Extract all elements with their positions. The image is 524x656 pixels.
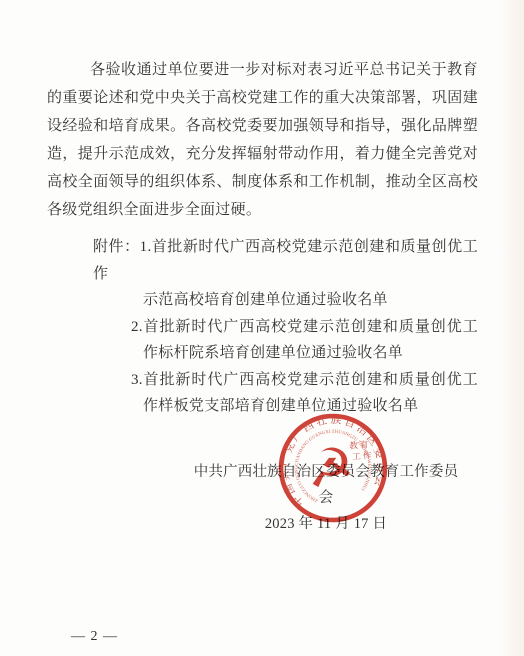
paragraph-line: 造，提升示范成效，充分发挥辐射带动作用，着力健全完善党对 — [47, 140, 478, 168]
paragraph-line: 的重要论述和党中央关于高校党建工作的重大决策部署，巩固建 — [47, 84, 478, 112]
paragraph-line: 设经验和培育成果。各高校党委要加强领导和指导，强化品牌塑 — [47, 112, 478, 140]
attachment-item-text: 1.首批新时代广西高校党建示范创建和质量创优工作 — [93, 239, 478, 282]
attachment-line: 作标杆院系培育创建单位通过验收名单 — [47, 340, 478, 367]
paragraph-line: 高校全面领导的组织体系、制度体系和工作机制，推动全区高校 — [47, 168, 478, 196]
attachment-line: 示范高校培育创建单位通过验收名单 — [47, 287, 478, 314]
page-number: — 2 — — [71, 629, 118, 645]
attachment-line: 附件：1.首批新时代广西高校党建示范创建和质量创优工作 — [47, 234, 478, 287]
document-page: 各验收通过单位要进一步对标对表习近平总书记关于教育 的重要论述和党中央关于高校党… — [0, 0, 524, 656]
attachment-line: 3.首批新时代广西高校党建示范创建和质量创优工 — [47, 367, 478, 394]
attachment-line: 2.首批新时代广西高校党建示范创建和质量创优工 — [47, 314, 478, 341]
attachments-label: 附件： — [93, 239, 140, 255]
paragraph-line: 各验收通过单位要进一步对标对表习近平总书记关于教育 — [47, 56, 478, 84]
official-seal: 中国共产党广西壮族自治区委员会 ZHONGGUO GONGCHANDANG GU… — [271, 406, 395, 530]
attachment-line: 作样板党支部培育创建单位通过验收名单 — [47, 393, 478, 420]
seal-inner-text-row2: 工 作 — [352, 449, 373, 462]
attachments-block: 附件：1.首批新时代广西高校党建示范创建和质量创优工作 示范高校培育创建单位通过… — [47, 234, 478, 420]
paragraph-line: 各级党组织全面进步全面过硬。 — [47, 196, 478, 224]
body-paragraph: 各验收通过单位要进一步对标对表习近平总书记关于教育 的重要论述和党中央关于高校党… — [47, 56, 478, 224]
seal-inner-text-row1: 教 育 — [349, 438, 370, 451]
